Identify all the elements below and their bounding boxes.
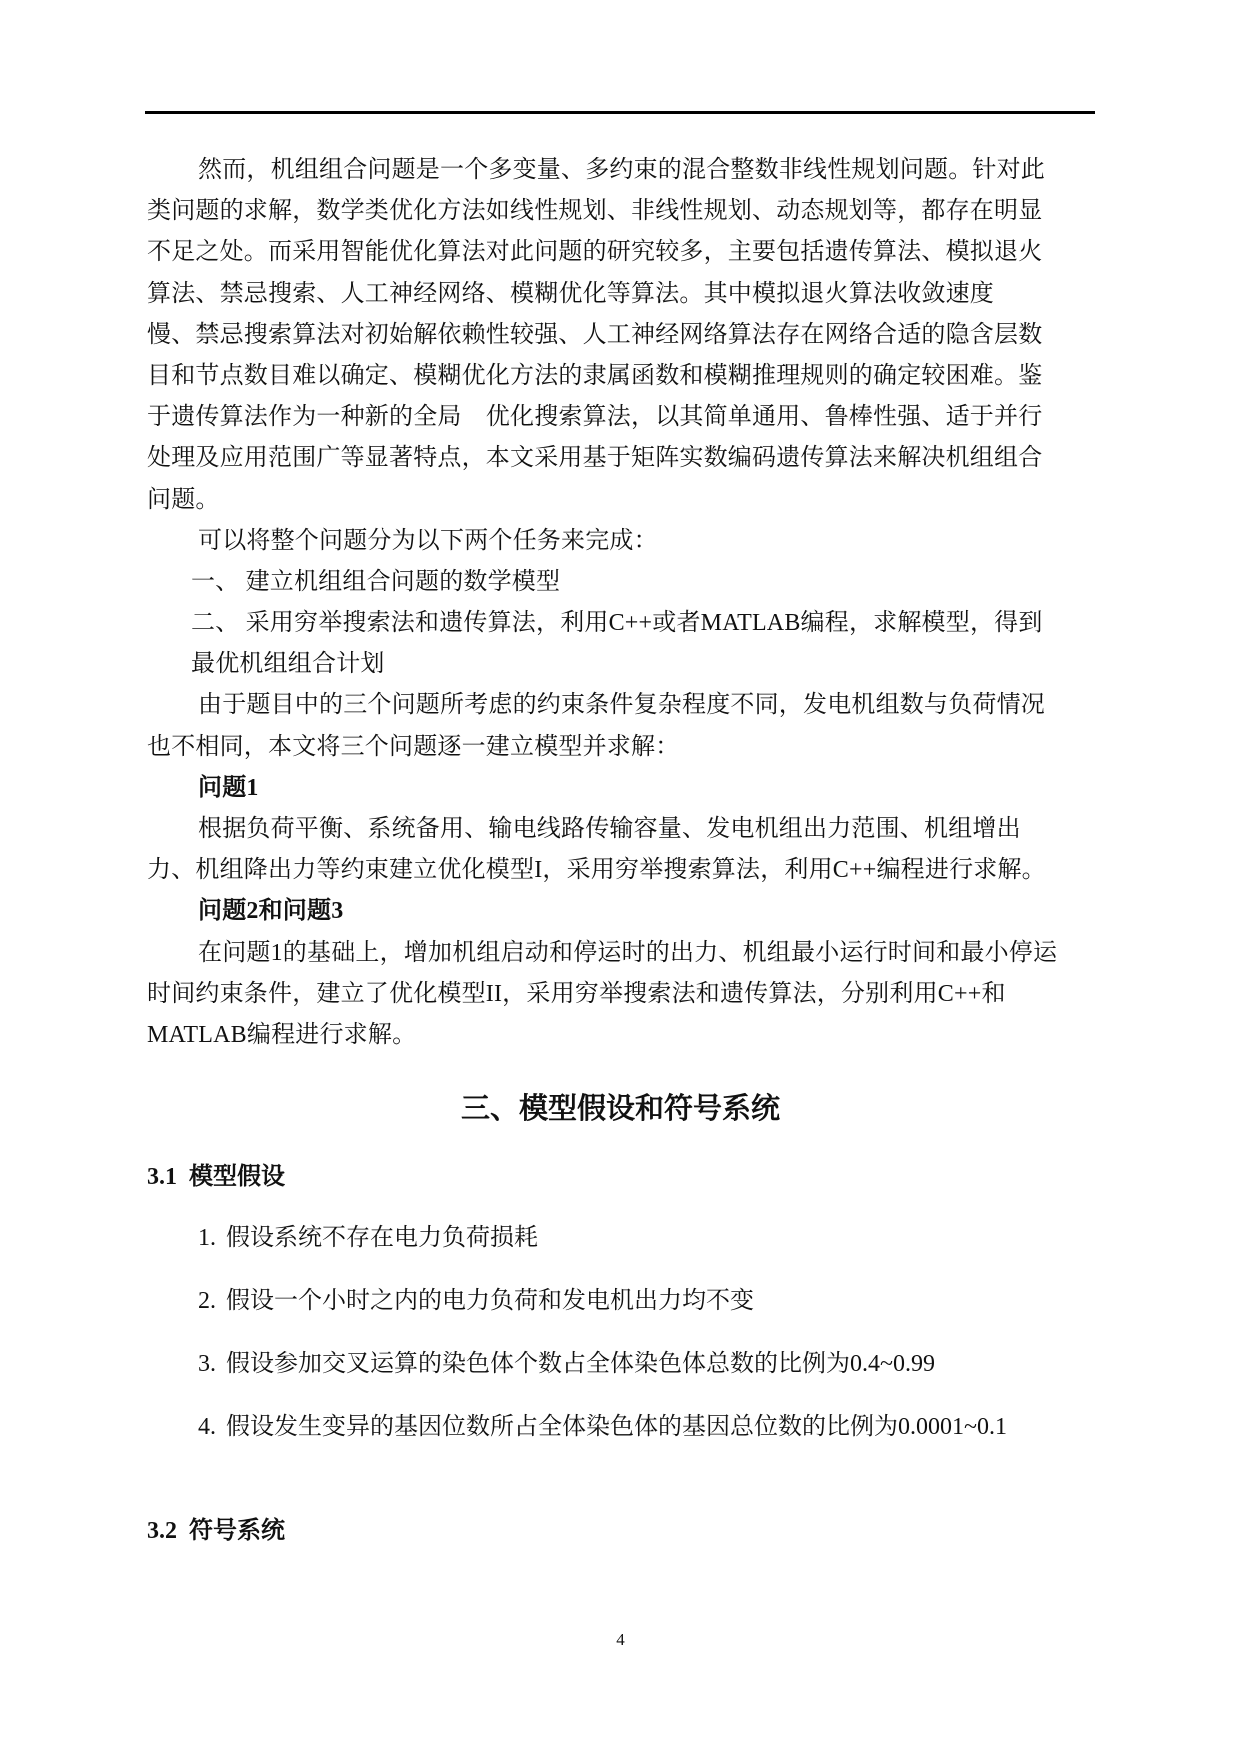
problem-2-3-heading: 问题2和问题3 [147, 891, 1077, 932]
text-line: 类问题的求解，数学类优化方法如线性规划、非线性规划、动态规划等，都存在明显 [147, 191, 1077, 232]
text-line: 问题。 [147, 480, 1077, 521]
text-line: 也不相同，本文将三个问题逐一建立模型并求解： [147, 727, 1077, 768]
item-text: 假设发生变异的基因位数所占全体染色体的基因总位数的比例为0.0001~0.1 [226, 1414, 1007, 1440]
subsection-number: 3.1 [147, 1164, 177, 1190]
page-number: 4 [0, 1628, 1241, 1652]
problem-1-heading: 问题1 [147, 768, 1077, 809]
item-number: 3. [198, 1351, 216, 1377]
text-line: 处理及应用范围广等显著特点，本文采用基于矩阵实数编码遗传算法来解决机组组合 [147, 438, 1077, 479]
subsection-title: 符号系统 [189, 1518, 285, 1544]
text-line: 根据负荷平衡、系统备用、输电线路传输容量、发电机组出力范围、机组增出 [147, 809, 1077, 850]
section-title: 三、模型假设和符号系统 [0, 1088, 1241, 1128]
task-item-continuation: 最优机组组合计划 [147, 644, 1077, 685]
text-line: 时间约束条件，建立了优化模型II，采用穷举搜索法和遗传算法，分别利用C++和 [147, 974, 1077, 1015]
text-line: 目和节点数目难以确定、模糊优化方法的隶属函数和模糊推理规则的确定较困难。鉴 [147, 356, 1077, 397]
subsection-model-assumptions: 3.1模型假设 [147, 1161, 285, 1193]
assumption-item: 3.假设参加交叉运算的染色体个数占全体染色体总数的比例为0.4~0.99 [198, 1348, 935, 1380]
text-line: 力、机组降出力等约束建立优化模型I，采用穷举搜索算法，利用C++编程进行求解。 [147, 850, 1077, 891]
assumption-item: 1.假设系统不存在电力负荷损耗 [198, 1222, 538, 1254]
text-line: 于遗传算法作为一种新的全局 优化搜索算法，以其简单通用、鲁棒性强、适于并行 [147, 397, 1077, 438]
subsection-symbol-system: 3.2符号系统 [147, 1515, 285, 1547]
text-line: 然而，机组组合问题是一个多变量、多约束的混合整数非线性规划问题。针对此 [147, 150, 1077, 191]
item-text: 假设参加交叉运算的染色体个数占全体染色体总数的比例为0.4~0.99 [226, 1351, 935, 1377]
item-text: 假设系统不存在电力负荷损耗 [226, 1225, 538, 1251]
subsection-title: 模型假设 [189, 1164, 285, 1190]
item-number: 4. [198, 1414, 216, 1440]
task-item: 一、 建立机组组合问题的数学模型 [147, 562, 1077, 603]
item-number: 1. [198, 1225, 216, 1251]
item-number: 2. [198, 1288, 216, 1314]
text-line: MATLAB编程进行求解。 [147, 1015, 1077, 1056]
assumption-item: 4.假设发生变异的基因位数所占全体染色体的基因总位数的比例为0.0001~0.1 [198, 1411, 1007, 1443]
text-line: 慢、禁忌搜索算法对初始解依赖性较强、人工神经网络算法存在网络合适的隐含层数 [147, 315, 1077, 356]
text-line: 由于题目中的三个问题所考虑的约束条件复杂程度不同，发电机组数与负荷情况 [147, 685, 1077, 726]
task-item: 二、 采用穷举搜索法和遗传算法，利用C++或者MATLAB编程，求解模型，得到 [147, 603, 1077, 644]
header-rule [145, 111, 1095, 114]
body-text: 然而，机组组合问题是一个多变量、多约束的混合整数非线性规划问题。针对此 类问题的… [147, 150, 1077, 1056]
text-line: 在问题1的基础上，增加机组启动和停运时的出力、机组最小运行时间和最小停运 [147, 933, 1077, 974]
text-line: 算法、禁忌搜索、人工神经网络、模糊优化等算法。其中模拟退火算法收敛速度 [147, 274, 1077, 315]
item-text: 假设一个小时之内的电力负荷和发电机出力均不变 [226, 1288, 754, 1314]
subsection-number: 3.2 [147, 1518, 177, 1544]
text-line: 不足之处。而采用智能优化算法对此问题的研究较多，主要包括遗传算法、模拟退火 [147, 232, 1077, 273]
assumption-item: 2.假设一个小时之内的电力负荷和发电机出力均不变 [198, 1285, 754, 1317]
text-line: 可以将整个问题分为以下两个任务来完成： [147, 521, 1077, 562]
